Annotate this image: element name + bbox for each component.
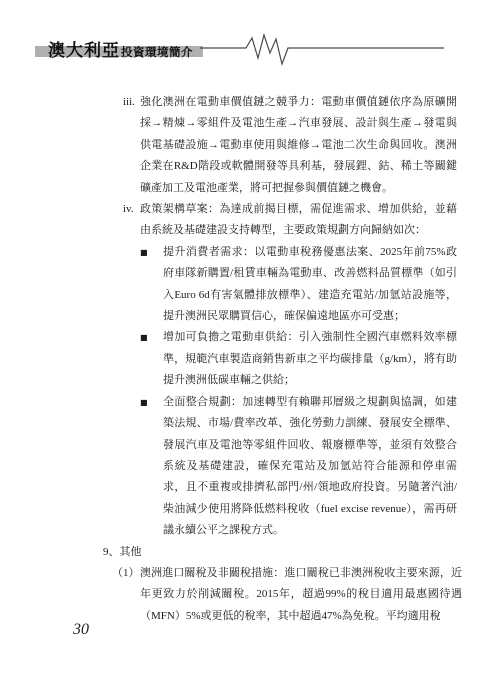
list-item-iii: iii. 強化澳洲在電動車價值鏈之競爭力：電動車價值鏈依序為原礦開採→精煉→零組…	[123, 92, 457, 199]
list-item-iii-label: iii.	[123, 92, 140, 199]
page-number: 30	[73, 621, 89, 639]
list-item-iv: iv. 政策架構草案：為達成前揭目標，需促進需求、增加供給，並藉由系統及基礎建設…	[123, 199, 457, 242]
bullet-square-icon: ■	[140, 327, 163, 391]
list-item-1-label: （1）	[112, 563, 140, 627]
list-item-1-text: 澳洲進口關稅及非關稅措施：進口關稅已非澳洲稅收主要來源，近年更致力於削減關稅。2…	[140, 563, 462, 627]
list-item-iv-label: iv.	[123, 199, 140, 242]
header-title-sub: 投資環境簡介	[121, 44, 193, 60]
bullet-text: 增加可負擔之電動車供給：引入強制性全國汽車燃料效率標準，規範汽車製造商銷售新車之…	[163, 327, 457, 391]
list-item-1-tariffs: （1） 澳洲進口關稅及非關稅措施：進口關稅已非澳洲稅收主要來源，近年更致力於削減…	[112, 563, 462, 627]
bullet-square-icon: ■	[140, 392, 163, 542]
bullet-text: 提升消費者需求：以電動車稅務優惠法案、2025年前75%政府車隊新購置/租賃車輛…	[163, 242, 457, 328]
page-header-title: 澳大利亞 投資環境簡介	[48, 36, 193, 61]
bullet-text: 全面整合規劃：加速轉型有賴聯邦層級之規劃與協調，如建築法規、市場/費率改革、強化…	[163, 392, 457, 542]
document-content: iii. 強化澳洲在電動車價值鏈之競爭力：電動車價值鏈依序為原礦開採→精煉→零組…	[0, 92, 480, 627]
section-heading-9-others: 9、其他	[103, 542, 480, 563]
bullet-square-icon: ■	[140, 242, 163, 328]
heartbeat-line-icon	[200, 32, 448, 74]
document-page: 澳大利亞 投資環境簡介 iii. 強化澳洲在電動車價值鏈之競爭力：電動車價值鏈依…	[0, 0, 480, 679]
header-title-main: 澳大利亞	[48, 36, 120, 61]
bullet-item-ev-supply: ■ 增加可負擔之電動車供給：引入強制性全國汽車燃料效率標準，規範汽車製造商銷售新…	[140, 327, 457, 391]
list-item-iv-text: 政策架構草案：為達成前揭目標，需促進需求、增加供給，並藉由系統及基礎建設支持轉型…	[140, 199, 457, 242]
bullet-item-integrated-planning: ■ 全面整合規劃：加速轉型有賴聯邦層級之規劃與協調，如建築法規、市場/費率改革、…	[140, 392, 457, 542]
bullet-item-consumer-demand: ■ 提升消費者需求：以電動車稅務優惠法案、2025年前75%政府車隊新購置/租賃…	[140, 242, 457, 328]
list-item-iii-text: 強化澳洲在電動車價值鏈之競爭力：電動車價值鏈依序為原礦開採→精煉→零組件及電池生…	[140, 92, 457, 199]
